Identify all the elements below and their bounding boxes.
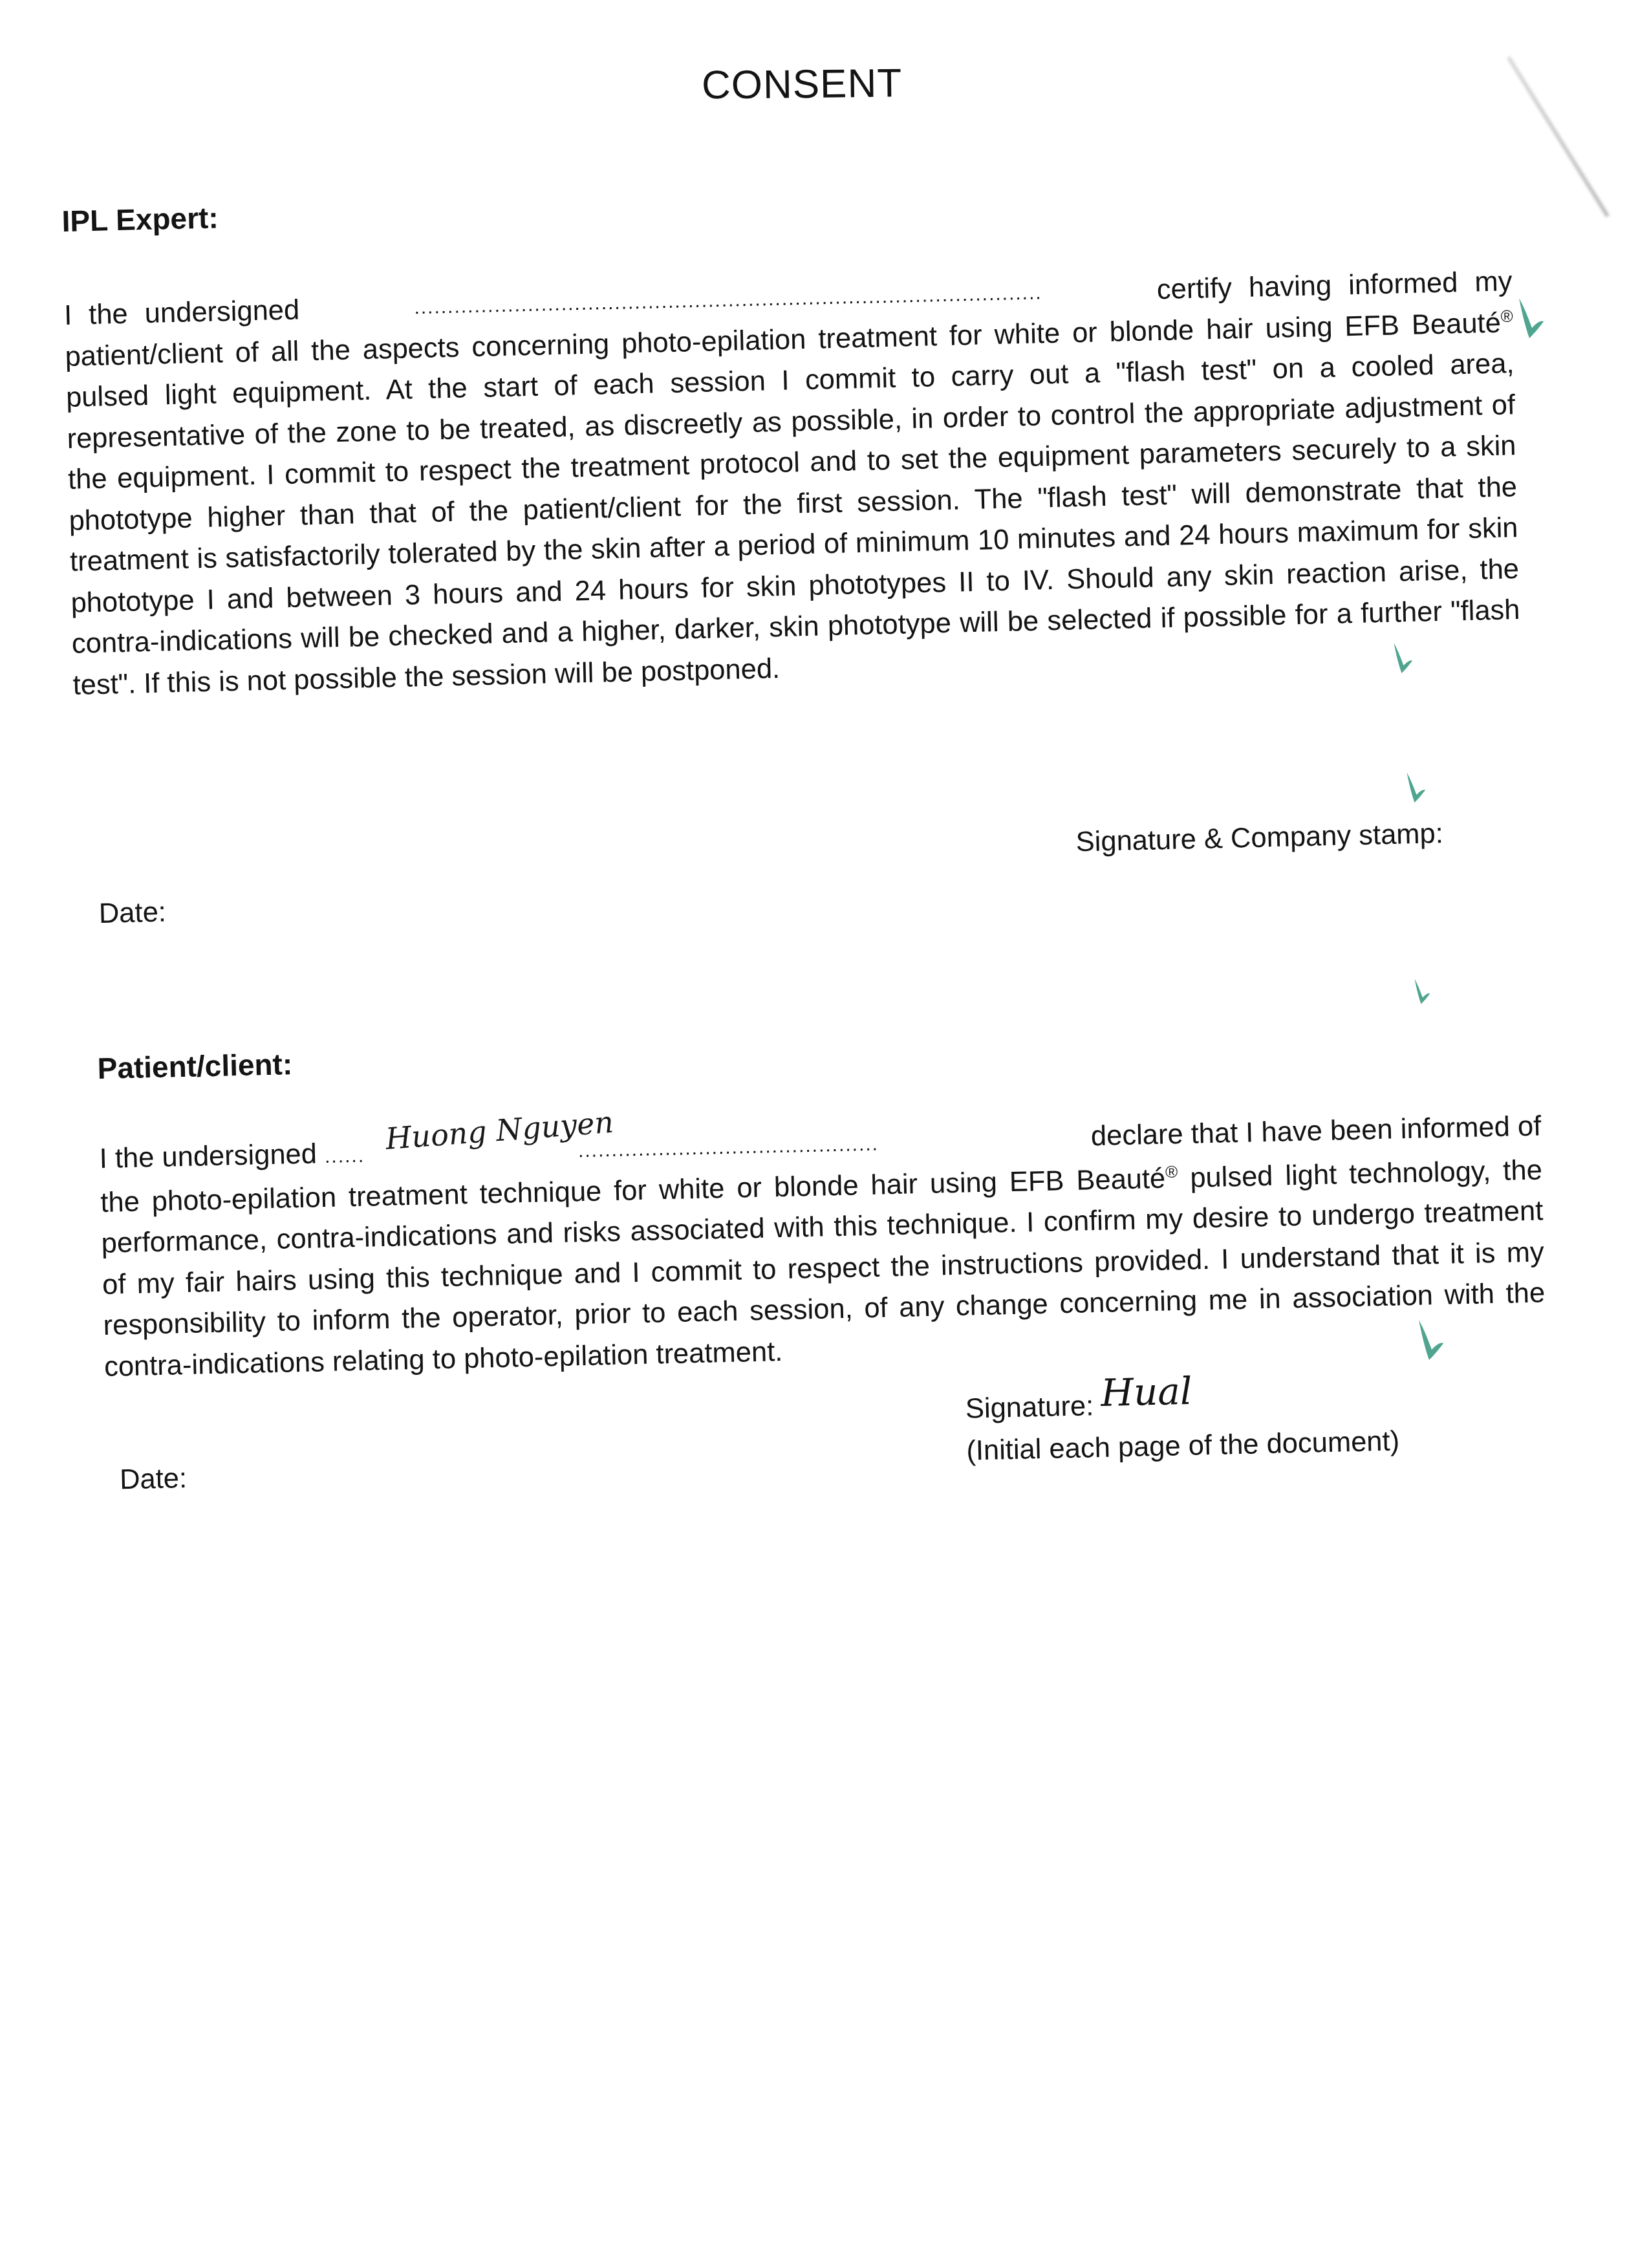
document-title: CONSENT (702, 60, 903, 108)
patient-statement: I the undersigned ......................… (99, 1106, 1546, 1387)
patient-signature-label: Signature: (965, 1390, 1094, 1425)
patient-client-heading: Patient/client: (97, 1018, 1540, 1086)
initial-note: (Initial each page of the document) (966, 1425, 1400, 1467)
ipl-date-label: Date: (98, 896, 166, 929)
check-mark-icon (1400, 770, 1429, 808)
check-mark-icon (1510, 294, 1549, 346)
patient-date-label: Date: (120, 1463, 188, 1496)
patient-signature[interactable]: Hual (1101, 1369, 1193, 1415)
ipl-body-text: patient/client of all the aspects concer… (65, 303, 1522, 706)
consent-page: CONSENT IPL Expert: I the undersigned ..… (0, 0, 1649, 2268)
check-mark-icon (1387, 640, 1416, 679)
ipl-lead-text: I the undersigned (63, 290, 300, 336)
ipl-expert-statement: I the undersigned ......................… (63, 261, 1521, 706)
ipl-expert-heading: IPL Expert: (61, 169, 1511, 239)
patient-body-text: the photo-epilation treatment technique … (100, 1150, 1547, 1388)
ipl-expert-section: IPL Expert: I the undersigned ..........… (61, 169, 1522, 706)
patient-lead-text: I the undersigned (99, 1138, 317, 1174)
patient-client-section: Patient/client: I the undersigned ......… (97, 1018, 1546, 1387)
ipl-signature-label: Signature & Company stamp: (1075, 818, 1443, 858)
check-mark-icon (1406, 977, 1436, 1009)
check-mark-icon (1410, 1316, 1449, 1368)
scan-fold-line (1507, 56, 1610, 217)
